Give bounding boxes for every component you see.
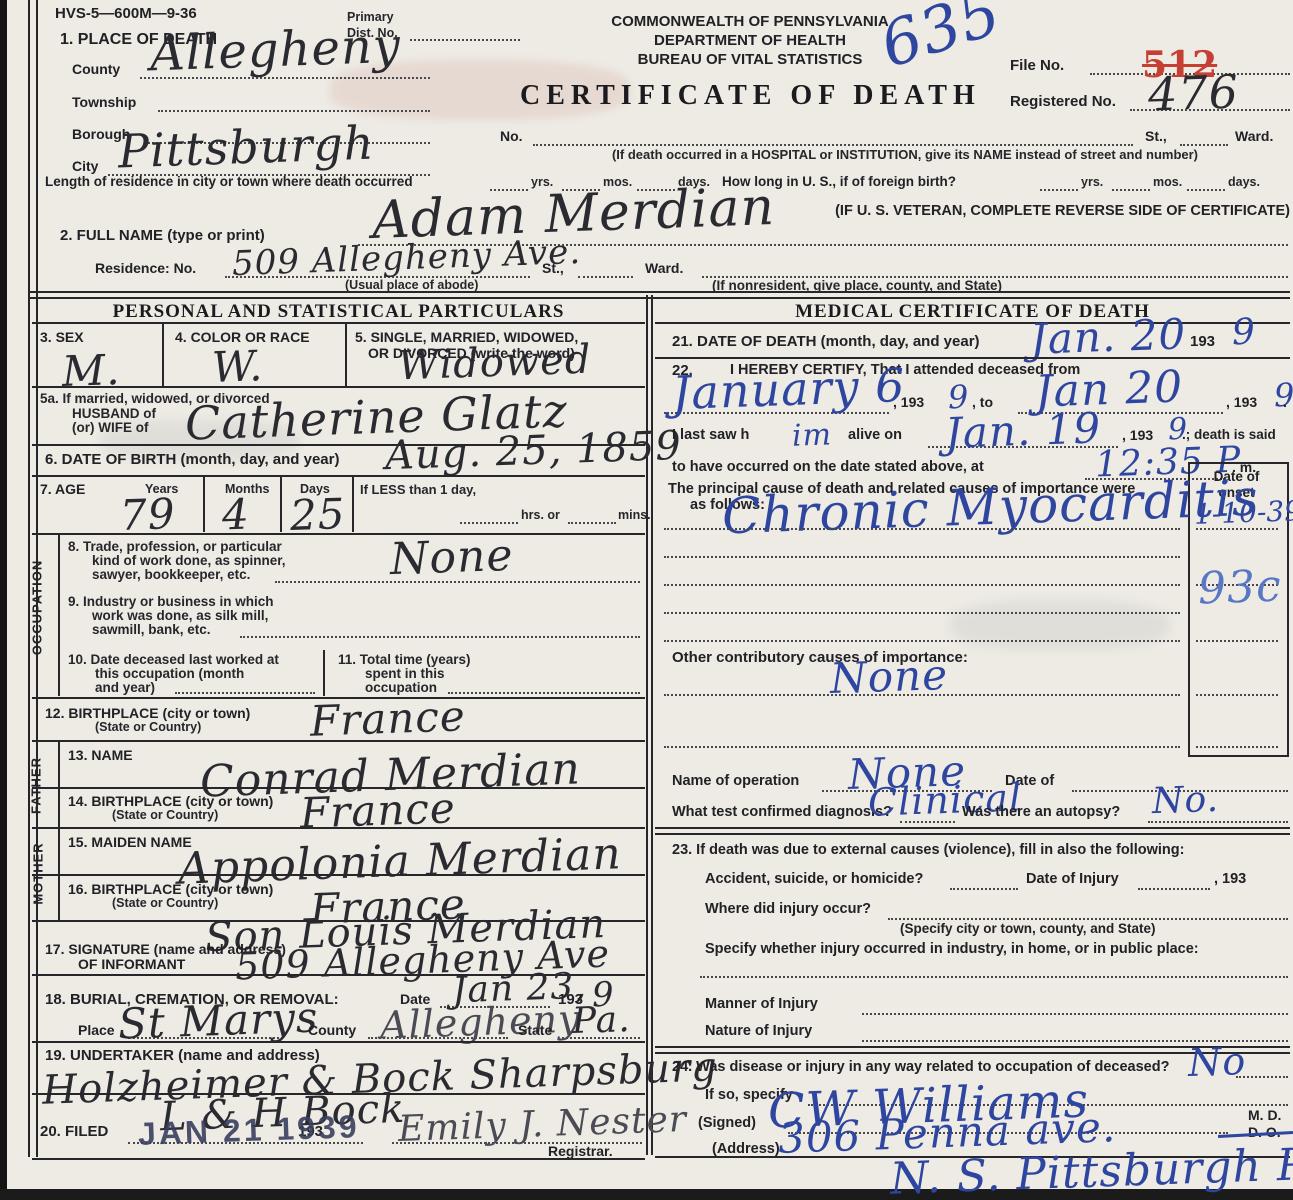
alive-on-label: alive on [848, 428, 902, 444]
burial-state-value: Pa. [571, 999, 631, 1042]
section-divider-rule [30, 291, 1290, 299]
nature-of-injury-label: Nature of Injury [705, 1024, 812, 1040]
cause-code-value: 93c [1197, 561, 1282, 615]
bureau-line: BUREAU OF VITAL STATISTICS [585, 52, 915, 69]
rule [32, 874, 645, 876]
veteran-note: (IF U. S. VETERAN, COMPLETE REVERSE SIDE… [720, 204, 1290, 220]
test-label: What test confirmed diagnosis? [672, 805, 892, 821]
dotted-line [888, 918, 1288, 920]
if-less-label: If LESS than 1 day, [360, 483, 476, 497]
mos-label-2: mos. [1153, 176, 1182, 190]
dotted-line [664, 584, 1180, 586]
blue-file-number: 635 [872, 0, 1010, 82]
trade-value: None [389, 530, 514, 585]
yrs-label-2: yrs. [1081, 176, 1103, 190]
mins-label: mins. [618, 509, 651, 523]
dotted-line [664, 612, 1180, 614]
dotted-line [533, 144, 1133, 146]
death-certificate-document: HVS-5—600M—9-36 1. PLACE OF DEATH Primar… [0, 0, 1293, 1200]
registrar-signature: Emily J. Nester [397, 1099, 687, 1150]
age-label: 7. AGE [40, 482, 85, 497]
dotted-line [410, 39, 520, 41]
dotted-line [1196, 746, 1278, 748]
related-occupation-label: 24. Was disease or injury in any way rel… [672, 1060, 1169, 1076]
rule [32, 827, 645, 829]
dotted-line [578, 276, 633, 278]
department-line: DEPARTMENT OF HEALTH [585, 33, 915, 50]
county-value: Allegheny [149, 18, 402, 83]
registered-no-value: 476 [1147, 64, 1240, 121]
occurred-label: to have occurred on the date stated abov… [672, 460, 984, 476]
autopsy-value: No. [1151, 779, 1219, 822]
residence-label: Residence: No. [95, 261, 196, 276]
hospital-note: (If death occurred in a HOSPITAL or INST… [520, 148, 1290, 162]
dotted-line [568, 522, 616, 524]
sex-label: 3. SEX [40, 330, 84, 345]
dob-value: Aug. 25, 1859 [384, 423, 682, 479]
st-label-2: St., [542, 261, 564, 276]
dotted-line [1196, 694, 1278, 696]
filed-label: 20. FILED [40, 1124, 108, 1141]
rule [32, 1158, 645, 1160]
injury-year-print: , 193 [1214, 872, 1246, 888]
hrs-or-label: hrs. or [521, 509, 560, 523]
personal-section-title: PERSONAL AND STATISTICAL PARTICULARS [32, 301, 645, 323]
dotted-line [862, 1013, 1288, 1015]
occupation-box-border [58, 533, 60, 696]
burial-state-label: State [518, 1023, 552, 1038]
date-of-death-value: Jan. 20 [1029, 309, 1187, 363]
autopsy-label: Was there an autopsy? [962, 805, 1120, 821]
from-year-print: , 193 [893, 395, 924, 410]
dotted-line [1180, 144, 1228, 146]
informant-label-2: OF INFORMANT [78, 957, 185, 972]
md-label: M. D. [1248, 1108, 1281, 1123]
form-code: HVS-5—600M—9-36 [55, 6, 197, 23]
dotted-line [664, 694, 1180, 696]
dotted-line [158, 110, 430, 112]
husband-label-3: (or) WIFE of [72, 421, 148, 436]
dotted-line [1187, 189, 1225, 191]
operation-label: Name of operation [672, 774, 799, 790]
street-no-label: No. [500, 129, 523, 144]
dotted-line [1196, 640, 1278, 642]
trade-label-3: sawyer, bookkeeper, etc. [92, 568, 250, 583]
father-birthplace-value: France [299, 783, 456, 837]
cell-divider [162, 324, 164, 386]
last-saw-value: Jan. 19 [944, 403, 1102, 457]
age-months-value: 4 [221, 490, 250, 540]
birthplace-value: France [309, 691, 466, 745]
rule [655, 827, 1290, 835]
rule [32, 533, 645, 535]
cell-divider [280, 476, 282, 532]
dotted-line [900, 821, 955, 823]
city-value: Pittsburgh [117, 116, 375, 179]
cell-divider [203, 476, 205, 532]
dotted-line [448, 692, 640, 694]
full-name-label: 2. FULL NAME (type or print) [60, 228, 265, 245]
filed-date-stamp: JAN 21 1939 [137, 1108, 360, 1153]
rule [32, 740, 645, 742]
dotted-line [240, 636, 640, 638]
burial-county-label: County [308, 1023, 356, 1038]
related-occupation-value: No [1187, 1039, 1247, 1085]
rule [32, 1041, 645, 1043]
medical-section-title: MEDICAL CERTIFICATE OF DEATH [660, 301, 1285, 323]
city-label: City [72, 159, 98, 174]
dotted-line [1236, 1076, 1288, 1078]
father-vertical-label: FATHER [29, 741, 44, 831]
file-no-label: File No. [1010, 58, 1064, 75]
last-saw-label: I last saw h [672, 428, 749, 444]
period-print: . [1283, 395, 1287, 410]
rule [655, 322, 1290, 324]
where-injury-label: Where did injury occur? [705, 902, 871, 918]
dotted-line [700, 976, 1288, 978]
dotted-line [664, 528, 1180, 530]
father-box-border [58, 740, 60, 827]
cell-divider [352, 476, 354, 532]
st-label: St., [1145, 129, 1167, 144]
county-label: County [72, 62, 120, 77]
rule [32, 322, 645, 324]
dotted-line [1138, 888, 1210, 890]
dotted-line [175, 692, 315, 694]
external-causes-label: 23. If death was due to external causes … [672, 843, 1184, 859]
state-or-country-label-3: (State or Country) [112, 897, 218, 911]
accident-label: Accident, suicide, or homicide? [705, 872, 923, 888]
burial-place-label: Place [78, 1023, 115, 1038]
occupation-vertical-label: OCCUPATION [30, 553, 45, 663]
registered-no-label: Registered No. [1010, 94, 1116, 111]
date-of-death-label: 21. DATE OF DEATH (month, day, and year) [672, 334, 980, 351]
father-name-label: 13. NAME [68, 748, 133, 763]
manner-of-injury-label: Manner of Injury [705, 997, 818, 1013]
residence-length-label: Length of residence in city or town wher… [45, 175, 413, 190]
dotted-line [950, 888, 1018, 890]
dotted-line [1148, 821, 1288, 823]
attended-from-value: January 6 [671, 358, 906, 420]
township-label: Township [72, 95, 136, 110]
dob-label: 6. DATE OF BIRTH (month, day, and year) [45, 452, 339, 469]
dotted-line [664, 640, 1180, 642]
race-value: W. [211, 341, 264, 392]
cell-divider [323, 650, 325, 696]
dotted-line [1112, 189, 1150, 191]
to-year-print: , 193 [1226, 395, 1257, 410]
specify-whether-label: Specify whether injury occurred in indus… [705, 942, 1199, 958]
certificate-title: CERTIFICATE OF DEATH [520, 80, 970, 112]
commonwealth-line: COMMONWEALTH OF PENNSYLVANIA [585, 14, 915, 31]
dod-year-print: 193 [1190, 334, 1215, 351]
rule [655, 357, 1290, 359]
maiden-name-label: 15. MAIDEN NAME [68, 835, 192, 850]
last-saw-year-print: , 193 [1122, 428, 1153, 443]
days-label-2: days. [1228, 176, 1260, 190]
dotted-line [664, 556, 1180, 558]
state-or-country-label: (State or Country) [95, 721, 201, 735]
scan-edge-left [0, 0, 7, 1200]
dotted-line [1040, 189, 1078, 191]
sex-value: M. [61, 345, 121, 396]
ward-label-2: Ward. [645, 261, 683, 276]
cell-divider [345, 324, 347, 386]
industry-label-3: sawmill, bank, etc. [92, 623, 211, 638]
bleedthrough-mark [950, 600, 1170, 650]
him-handwritten: im [791, 417, 832, 453]
rule [32, 475, 645, 477]
dod-year-hw: 9 [1231, 312, 1256, 354]
ward-label: Ward. [1235, 129, 1273, 144]
signed-label: (Signed) [698, 1116, 756, 1132]
marital-value: Widowed [397, 337, 592, 390]
state-or-country-label-2: (State or Country) [112, 809, 218, 823]
specify-city-note: (Specify city or town, county, and State… [900, 922, 1156, 937]
dotted-line [460, 522, 518, 524]
last-worked-label-3: and year) [95, 681, 155, 696]
date-of-injury-label: Date of Injury [1026, 872, 1119, 888]
